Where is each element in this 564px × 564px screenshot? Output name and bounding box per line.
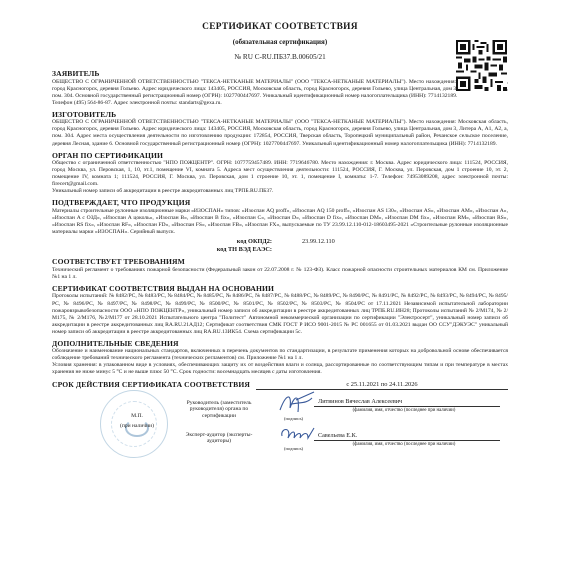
head-signature-caption: (подпись): [284, 416, 303, 421]
okpd2-label: код ОКПД2:: [52, 238, 302, 246]
additional-text-standards: Обозначение и наименование национальных …: [52, 348, 508, 362]
certification-body-text: Общество с ограниченной ответственностью…: [52, 160, 508, 188]
requirements-heading: СООТВЕТСТВУЕТ ТРЕБОВАНИЯМ: [52, 258, 508, 267]
requirements-text: Технический регламент о требованиях пожа…: [52, 267, 508, 281]
certificate-title: СЕРТИФИКАТ СООТВЕТСТВИЯ: [52, 22, 508, 32]
head-name-caption: (фамилия, имя, отчество (последнее при н…: [344, 408, 464, 414]
product-heading: ПОДТВЕРЖДАЕТ, ЧТО ПРОДУКЦИЯ: [52, 199, 508, 208]
okpd2-value: 23.99.12.110: [302, 238, 335, 246]
certificate-subtitle: (обязательная сертификация): [52, 38, 508, 46]
signature-block: М.П. (при наличии) Руководитель (замести…: [52, 394, 508, 464]
expert-name: Савельева Е.К.: [314, 432, 500, 441]
validity-dates: с 25.11.2021 по 24.11.2026: [256, 381, 508, 390]
expert-name-caption: (фамилия, имя, отчество (последнее при н…: [344, 442, 464, 448]
certificate-page: СЕРТИФИКАТ СООТВЕТСТВИЯ (обязательная се…: [52, 18, 508, 464]
product-text: Материалы строительные рулонные изоляцио…: [52, 208, 508, 236]
additional-text-storage: Условия хранения: в упакованном виде в у…: [52, 362, 508, 376]
expert-signature-caption: (подпись): [284, 446, 303, 451]
validity-row: СРОК ДЕЙСТВИЯ СЕРТИФИКАТА СООТВЕТСТВИЯ с…: [52, 381, 508, 390]
head-signature-icon: [278, 390, 318, 416]
certification-body-heading: ОРГАН ПО СЕРТИФИКАЦИИ: [52, 152, 508, 161]
expert-signature-icon: [278, 424, 318, 446]
stamp-label: М.П. (при наличии): [109, 411, 165, 431]
qr-code-icon: [456, 40, 507, 91]
applicant-contacts: Телефон (495) 564-86-87. Адрес электронн…: [52, 100, 508, 107]
head-name: Литвинов Вячеслав Алексеевич: [314, 398, 500, 407]
basis-text: Протоколы испытаний: № 8482/РС, № 8483/Р…: [52, 293, 508, 335]
head-role: Руководитель (заместитель руководителя) …: [174, 400, 264, 420]
manufacturer-text: ОБЩЕСТВО С ОГРАНИЧЕННОЙ ОТВЕТСТВЕННОСТЬЮ…: [52, 119, 508, 147]
applicant-heading: ЗАЯВИТЕЛЬ: [52, 70, 508, 79]
certificate-number: № RU C-RU.ПБ37.В.00605/21: [52, 53, 508, 61]
applicant-text: ОБЩЕСТВО С ОГРАНИЧЕННОЙ ОТВЕТСТВЕННОСТЬЮ…: [52, 79, 508, 100]
certification-body-accreditation: Уникальный номер записи об аккредитации …: [52, 188, 508, 195]
expert-role: Эксперт-аудитор (эксперты-аудиторы): [174, 432, 264, 446]
tnved-label: код ТН ВЭД ЕАЭС:: [52, 246, 302, 254]
validity-heading: СРОК ДЕЙСТВИЯ СЕРТИФИКАТА СООТВЕТСТВИЯ: [52, 381, 250, 390]
product-codes: код ОКПД2: 23.99.12.110 код ТН ВЭД ЕАЭС:: [52, 238, 508, 254]
